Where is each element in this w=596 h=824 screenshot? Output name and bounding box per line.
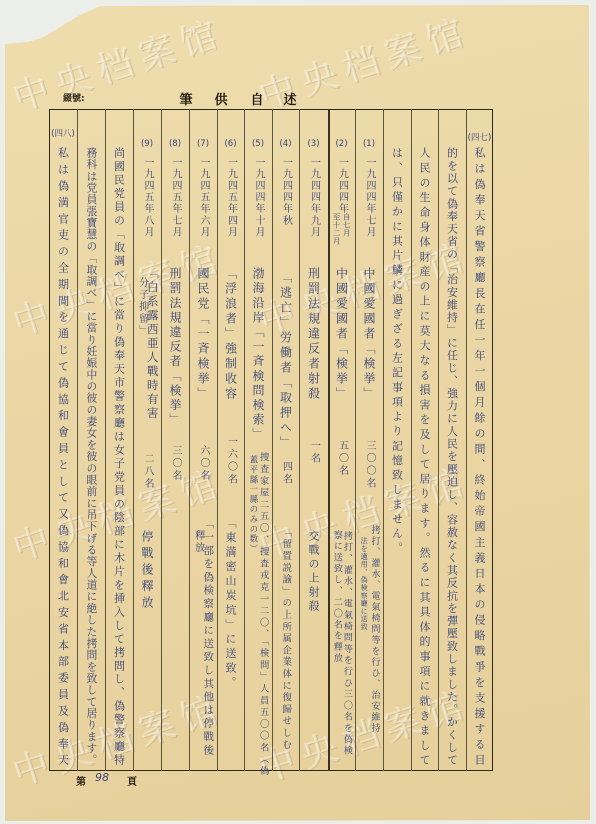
watermark: 中央档案馆 xyxy=(6,5,231,121)
entry-number: (7) xyxy=(189,139,217,149)
entry-date: 一九四四年七月 xyxy=(364,157,374,238)
entry-number: (5) xyxy=(244,139,272,149)
entry-remark: 拷打、灌水、電氣椅問等を行ひ、治安維持 xyxy=(370,525,379,734)
entry-number: (8) xyxy=(161,139,189,149)
entry-date: 一九四五年八月 xyxy=(142,157,152,238)
entry-content-continued: 分子抑留」 xyxy=(137,277,147,337)
entry-remark: 拷打、灌水、電氣椅問等を行ひ三〇名を偽検 xyxy=(342,531,351,757)
page-prefix: 第 xyxy=(76,773,86,788)
entry-remark: 停戰後釋放 xyxy=(141,530,153,613)
entry-remark: 「東満密山炭坑」に送致。 xyxy=(225,517,236,691)
entry-number: (1) xyxy=(355,139,383,149)
entry-count: 六〇名 xyxy=(198,445,208,483)
entry-column: (7) 一九四五年六月 國民党「一斉検挙」 六〇名 「一部を偽検察廳に送致し其他… xyxy=(189,109,217,771)
entry-date: 一九四四年 xyxy=(337,157,347,215)
entry-count: 一名 xyxy=(309,440,319,465)
entry-date-range-start: 自七月 xyxy=(343,213,351,237)
entry-content: 國民党「一斉検挙」 xyxy=(197,267,209,402)
page-number: 98 xyxy=(95,771,109,784)
entry-count: 一六〇名 xyxy=(226,436,236,486)
entry-remark: 「一部を偽検察廳に送致し其他は停戰後 xyxy=(203,518,214,757)
narrative-text: 私は偽奉天省警察廳長在任一年一個月餘の間、終始帝國主義日本の侵略戰爭を支援する目 xyxy=(474,147,485,765)
narrative-column: 的を以て偽奉天省の「治安維持」に任じ、強力に人民を壓迫し、容赦なく其反抗を彈壓致… xyxy=(438,109,466,771)
paper-sheet: 中央档案馆 中央档案馆 中央档案馆 中央档案馆 中央档案馆 中央档案馆 中央档案… xyxy=(0,0,596,824)
entry-number: (9) xyxy=(133,139,161,149)
page-suffix: 頁 xyxy=(127,773,137,788)
entry-number: (2) xyxy=(328,139,355,149)
entry-column: (9) 一九四五年八月 「白系露西亜人戰時有害 分子抑留」 二八名 停戰後釋放 xyxy=(133,109,161,771)
entry-date: 一九四五年四月 xyxy=(226,157,236,238)
entry-date: 一九四四年九月 xyxy=(309,157,319,238)
entry-content: 「浮浪者」強制收容 xyxy=(225,267,237,402)
entry-column: (2) 一九四四年 自七月 至十二月 中國愛國者「検挙」 五〇名 拷打、灌水、電… xyxy=(328,109,355,771)
title-char: 自 xyxy=(250,89,263,108)
entry-remark-continued: 察に送致し、二〇名を釋放 xyxy=(332,530,341,664)
entry-content: 中國愛國者「検挙」 xyxy=(336,267,348,402)
narrative-column: 尚國民党員の「取調べ」に當り偽奉天市警察廳は女子党員の陰部に木片を挿入して拷問し… xyxy=(105,109,133,771)
entry-column: (4) 一九四四年秋 「逃亡」労働者「取押へ」 四名 「留置説諭」の上所属企業体… xyxy=(272,109,299,771)
title-char: 供 xyxy=(214,89,227,108)
entry-date: 一九四四年十月 xyxy=(253,157,263,238)
entry-count: 三〇名 xyxy=(170,445,180,483)
narrative-column: (四七) 私は偽奉天省警察廳長在任一年一個月餘の間、終始帝國主義日本の侵略戰爭を… xyxy=(466,109,493,771)
entry-remark-continued: 蓋平縣一縣のみの数） xyxy=(248,455,257,554)
narrative-text: 的を以て偽奉天省の「治安維持」に任じ、強力に人民を壓迫し、容赦なく其反抗を彈壓致… xyxy=(447,147,458,765)
entry-date-range-end: 至十二月 xyxy=(333,213,341,245)
entry-column: (8) 一九四五年七月 刑罰法規違反者「検挙」 三〇名 xyxy=(161,109,189,771)
narrative-text: 私は偽満官吏の全期間を通じて偽協和會員として又偽協和會北安省本部委員及偽奉天 xyxy=(58,147,69,765)
entry-column: (1) 一九四四年七月 中國愛國者「検挙」 三〇〇名 拷打、灌水、電氣椅問等を行… xyxy=(355,109,383,771)
entry-content: 「白系露西亜人戰時有害 xyxy=(146,267,158,421)
entry-remark: 捜査家屋二五〇、捜査戎克一二〇、「検問」人員五〇〇名（偽 xyxy=(258,452,267,778)
narrative-column: は、只僅かに其片鱗に過ぎざる左記事項より記憶致しません。 xyxy=(383,109,411,771)
entry-column: (5) 一九四四年十月 渤海沿岸「一斉検問検索」 捜査家屋二五〇、捜査戎克一二〇… xyxy=(244,109,272,771)
entry-column: (6) 一九四五年四月 「浮浪者」強制收容 一六〇名 「東満密山炭坑」に送致。 xyxy=(217,109,244,771)
entry-column: (3) 一九四四年九月 刑罰法規違反者射殺 一名 交戰の上射殺 xyxy=(299,109,328,771)
entry-content: 「逃亡」労働者「取押へ」 xyxy=(280,271,292,451)
entry-content: 渤海沿岸「一斉検問検索」 xyxy=(252,267,264,442)
entry-number: (3) xyxy=(299,139,328,149)
document-page: 中央档案馆 中央档案馆 中央档案馆 中央档案馆 中央档案馆 中央档案馆 中央档案… xyxy=(0,0,596,824)
entry-date: 一九四五年七月 xyxy=(170,157,180,238)
entry-content: 中國愛國者「検挙」 xyxy=(363,267,375,402)
title-char: 筆 xyxy=(179,89,192,108)
entry-content: 刑罰法規違反者射殺 xyxy=(308,267,320,402)
entry-count: 五〇名 xyxy=(337,440,347,478)
entry-count: 二八名 xyxy=(142,453,152,491)
narrative-column: 務科は党員張寶慧の「取調べ」に當り妊娠中の彼の妻女を彼の眼前に吊下げる等人道に絶… xyxy=(77,109,105,771)
paragraph-number: (四七) xyxy=(466,131,493,143)
entry-remark-continued: 法を適用、偽検察廳に送致 xyxy=(360,537,367,631)
narrative-text: 尚國民党員の「取調べ」に當り偽奉天市警察廳は女子党員の陰部に木片を挿入して拷問し… xyxy=(114,147,125,765)
narrative-text: は、只僅かに其片鱗に過ぎざる左記事項より記憶致しません。 xyxy=(392,147,403,553)
narrative-column: (四八) 私は偽満官吏の全期間を通じて偽協和會員として又偽協和會北安省本部委員及… xyxy=(49,109,77,771)
entry-number: (6) xyxy=(217,139,244,149)
title-char: 述 xyxy=(283,89,296,108)
entry-date: 一九四四年秋 xyxy=(281,157,291,227)
entry-remark: 「留置説諭」の上所属企業体に復歸せしむ xyxy=(281,527,291,751)
entry-remark: 交戰の上射殺 xyxy=(308,530,319,614)
entry-date: 一九四五年六月 xyxy=(198,157,208,238)
file-number-label: 綴號: xyxy=(63,91,85,104)
entry-count: 三〇〇名 xyxy=(364,440,374,490)
narrative-column: 人民の生命身体財産の上に莫大なる損害を及して居ります。然るに其具体的事項に就きま… xyxy=(411,109,438,771)
entry-content: 刑罰法規違反者「検挙」 xyxy=(169,267,181,428)
narrative-text: 務科は党員張寶慧の「取調べ」に當り妊娠中の彼の妻女を彼の眼前に吊下げる等人道に絶… xyxy=(86,147,97,765)
entry-number: (4) xyxy=(272,139,299,149)
paragraph-number: (四八) xyxy=(49,127,77,139)
entry-count: 四名 xyxy=(281,461,291,486)
narrative-text: 人民の生命身体財産の上に莫大なる損害を及して居ります。然るに其具体的事項に就きま… xyxy=(419,147,430,765)
entry-remark-continued: 釋放 xyxy=(193,530,203,554)
